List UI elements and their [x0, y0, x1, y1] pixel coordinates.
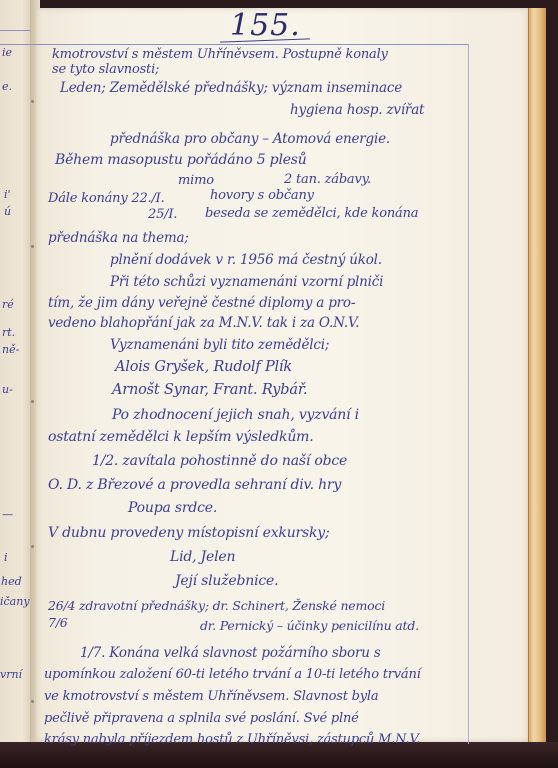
- handwritten-line: 1/7. Konána velká slavnost požárního sbo…: [80, 645, 381, 661]
- right-margin-rule: [468, 44, 469, 744]
- book-spread: 155. kmotrovství s městem Uhříněvsem. Po…: [0, 0, 558, 768]
- binding-stitch: [31, 245, 34, 248]
- previous-page-fragment: ré: [2, 298, 14, 311]
- handwritten-line: upomínkou založení 60-ti letého trvání a…: [44, 667, 421, 682]
- previous-page-fragment: u-: [2, 383, 13, 396]
- handwritten-line: Při této schůzi vyznamenáni vzorní plnič…: [110, 274, 383, 290]
- previous-page-fragment: rt.: [2, 326, 15, 339]
- handwritten-line: Poupa srdce.: [128, 500, 217, 516]
- previous-page-fragment: ně-: [2, 343, 19, 356]
- handwritten-line: Vyznamenáni byli tito zemědělci;: [110, 337, 329, 353]
- handwritten-line: přednáška pro občany – Atomová energie.: [110, 131, 390, 147]
- binding-stitch: [31, 545, 34, 548]
- previous-page-fragment: vrní: [0, 668, 22, 681]
- binding-stitch: [31, 100, 34, 103]
- handwritten-line: 1/2. zavítala pohostinně do naší obce: [92, 453, 347, 469]
- page-number: 155.: [230, 8, 301, 43]
- handwritten-line: O. D. z Březové a provedla sehraní div. …: [48, 477, 341, 493]
- handwritten-line: mimo: [178, 173, 214, 188]
- previous-page-fragment: —: [2, 508, 13, 521]
- handwritten-line: se tyto slavnosti;: [52, 62, 159, 77]
- previous-page-fragment: i': [4, 188, 11, 201]
- previous-page-fragment: ú: [4, 205, 11, 218]
- previous-page-fragment: ičany: [0, 595, 30, 608]
- handwritten-line: plnění dodávek v r. 1956 má čestný úkol.: [110, 252, 382, 268]
- handwritten-line: Arnošt Synar, Frant. Rybář.: [112, 382, 307, 398]
- handwritten-line: 7/6: [48, 615, 68, 630]
- handwritten-line: vedeno blahopřání jak za M.N.V. tak i za…: [48, 315, 359, 331]
- previous-page-fragment: ie: [2, 46, 12, 59]
- handwritten-line: hygiena hosp. zvířat: [290, 102, 424, 118]
- header-rule: [0, 44, 468, 45]
- handwritten-line: Dále konány 22./I.: [48, 191, 165, 206]
- handwritten-line: dr. Pernický – účinky penicilínu atd.: [200, 618, 419, 633]
- handwritten-line: Její služebnice.: [175, 573, 278, 589]
- handwritten-line: beseda se zemědělci, kde konána: [205, 206, 418, 221]
- handwritten-line: 25/I.: [148, 207, 177, 222]
- handwritten-line: Lid, Jelen: [170, 549, 235, 565]
- handwritten-line: tím, že jim dány veřejně čestné diplomy …: [48, 295, 355, 311]
- binding-stitch: [31, 700, 34, 703]
- handwritten-line: přednáška na thema;: [48, 230, 189, 246]
- handwritten-line: Alois Gryšek, Rudolf Plík: [115, 359, 292, 375]
- handwritten-line: ve kmotrovství s městem Uhříněvsem. Slav…: [44, 689, 378, 704]
- previous-page-rule: [0, 30, 32, 31]
- handwritten-line: hovory s občany: [210, 188, 314, 203]
- previous-page-edge: [0, 0, 32, 742]
- page-stack-edge: [528, 8, 547, 744]
- handwritten-line: 26/4 zdravotní přednášky; dr. Schinert, …: [48, 598, 385, 613]
- handwritten-line: kmotrovství s městem Uhříněvsem. Postupn…: [52, 47, 388, 62]
- handwritten-line: pečlivě připravena a splnila své poslání…: [44, 711, 359, 726]
- handwritten-line: 2 tan. zábavy.: [284, 172, 371, 187]
- cover-edge-right: [546, 0, 558, 768]
- handwritten-line: Po zhodnocení jejich snah, vyzvání i: [112, 407, 359, 423]
- binding-stitch: [31, 400, 34, 403]
- previous-page-fragment: i: [4, 551, 8, 564]
- handwritten-line: krásy nabyla příjezdem hostů z Uhříněvsi…: [44, 732, 420, 747]
- handwritten-line: V dubnu provedeny místopisní exkursky;: [48, 525, 330, 541]
- handwritten-line: Leden; Zemědělské přednášky; význam inse…: [60, 80, 402, 96]
- previous-page-fragment: e.: [2, 80, 12, 93]
- handwritten-line: ostatní zemědělci k lepším výsledkům.: [48, 429, 313, 445]
- handwritten-line: Během masopustu pořádáno 5 plesů: [55, 152, 307, 168]
- previous-page-fragment: hed: [1, 575, 22, 588]
